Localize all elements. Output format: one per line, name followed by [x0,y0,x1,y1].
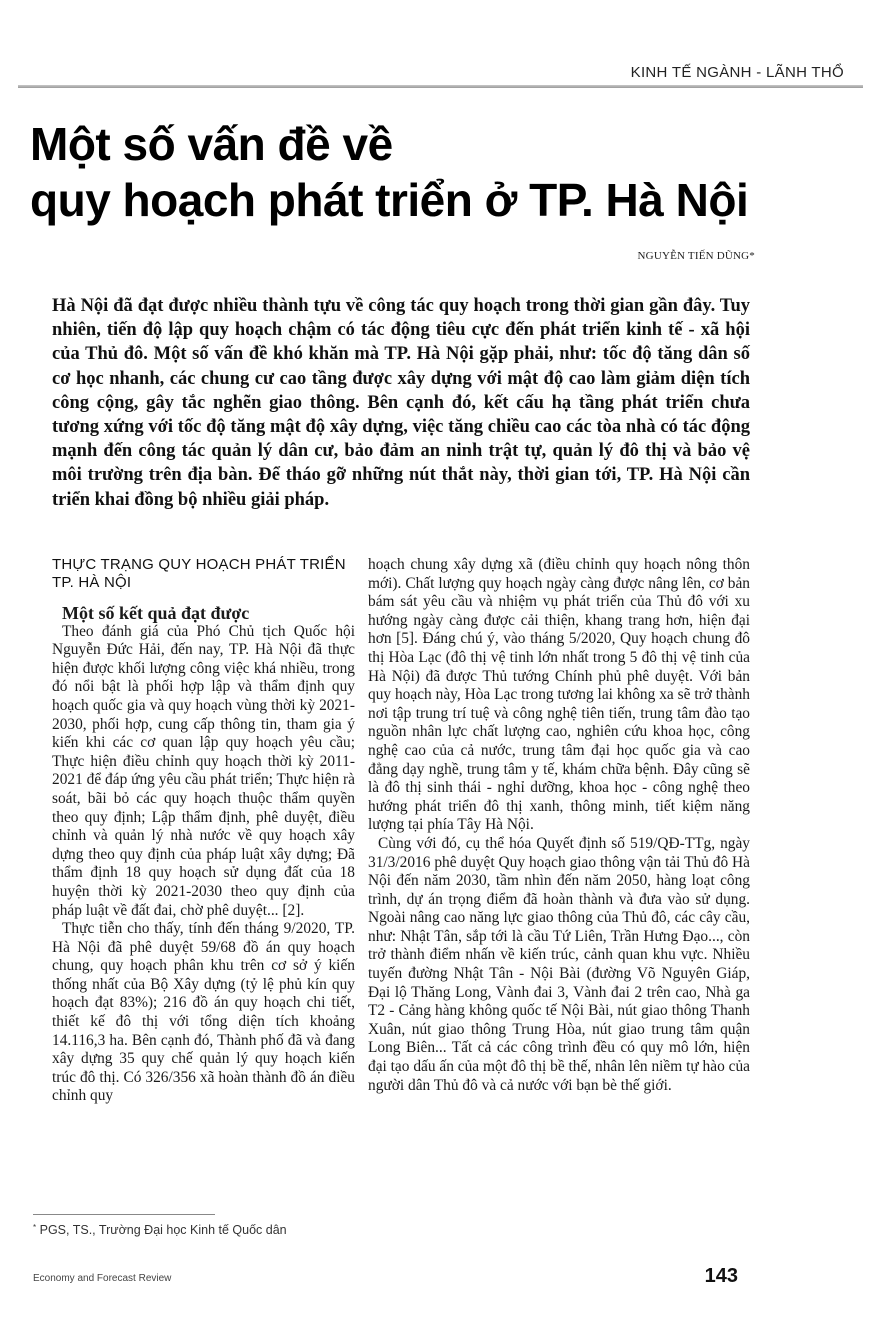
paragraph: Theo đánh giá của Phó Chủ tịch Quốc hội … [52,623,355,921]
right-column: hoạch chung xây dựng xã (điều chỉnh quy … [368,556,750,1095]
left-column: THỰC TRẠNG QUY HOẠCH PHÁT TRIỂN TP. HÀ N… [52,556,355,1106]
abstract: Hà Nội đã đạt được nhiều thành tựu về cô… [52,294,750,512]
paragraph: Thực tiễn cho thấy, tính đến tháng 9/202… [52,920,355,1106]
author-name: NGUYỄN TIẾN DŨNG* [638,250,755,262]
footnote-marker: * [33,1223,36,1232]
footnote-divider [33,1214,215,1215]
subsection-heading: Một số kết quả đạt được [52,604,355,623]
footnote: * PGS, TS., Trường Đại học Kinh tế Quốc … [33,1223,287,1237]
footnote-text: PGS, TS., Trường Đại học Kinh tế Quốc dâ… [40,1223,287,1237]
paragraph: Cùng với đó, cụ thể hóa Quyết định số 51… [368,835,750,1095]
section-label: KINH TẾ NGÀNH - LÃNH THỔ [631,64,844,81]
title-line-1: Một số vấn đề về [30,118,393,170]
header-divider [18,85,863,88]
section-heading: THỰC TRẠNG QUY HOẠCH PHÁT TRIỂN TP. HÀ N… [52,556,355,592]
article-title: Một số vấn đề về quy hoạch phát triển ở … [30,116,790,228]
page-number: 143 [705,1265,738,1288]
journal-name: Economy and Forecast Review [33,1273,171,1284]
title-line-2: quy hoạch phát triển ở TP. Hà Nội [30,174,748,226]
paragraph: hoạch chung xây dựng xã (điều chỉnh quy … [368,556,750,835]
